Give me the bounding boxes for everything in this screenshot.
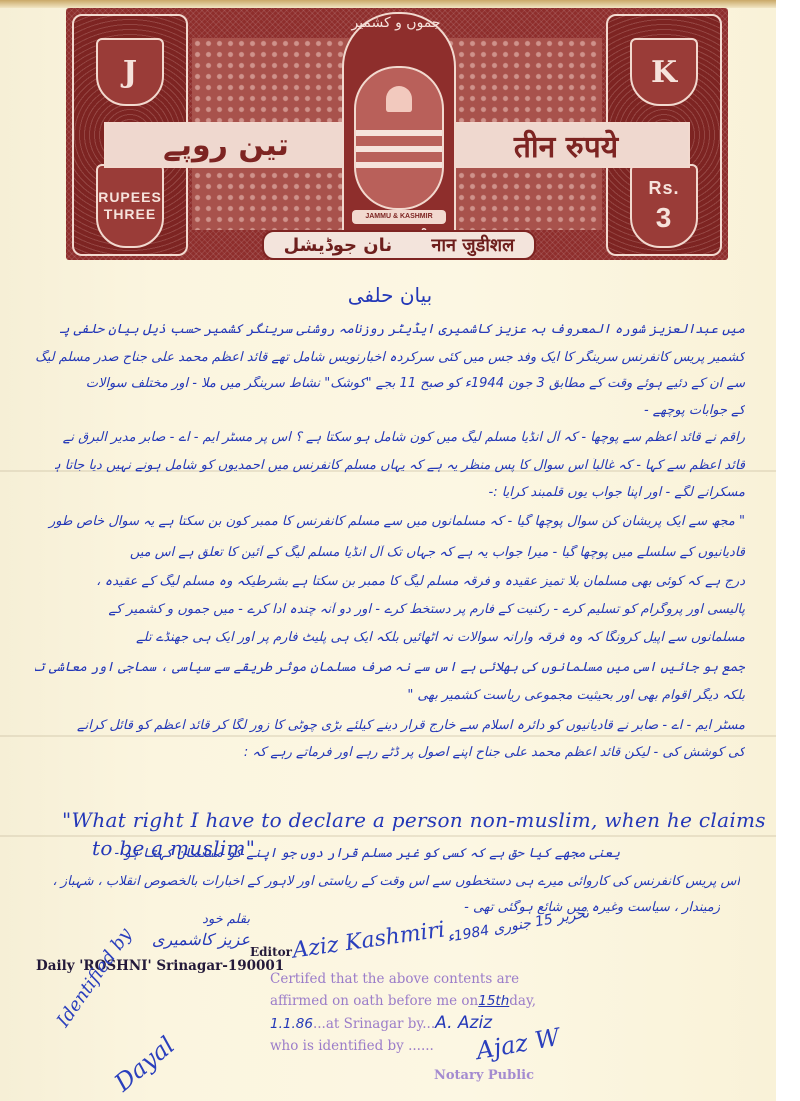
- rupees-three-shield: RUPEES THREE: [96, 164, 164, 248]
- affidavit-line: راقم نے قائد اعظم سے پوچھا - کہ آل انڈیا…: [60, 430, 745, 445]
- paper-top-edge: [0, 0, 776, 8]
- monogram-k-icon: K: [630, 38, 698, 106]
- notary-line-1: Certifed that the above contents are: [270, 968, 536, 990]
- identified-by-signature: Identified by: [53, 924, 136, 1031]
- affidavit-line: سے ان کے دئیے ہوئے وقت کے مطابق 3 جون 19…: [35, 376, 745, 391]
- affidavit-line: " مجھ سے ایک پریشان کن سوال پوچھا گیا - …: [45, 514, 745, 529]
- affidavit-line: کی کوشش کی - لیکن قائد اعظم محمد علی جنا…: [120, 745, 745, 760]
- emblem-shield: [354, 66, 444, 210]
- bqalam-khud: بقلم خود: [170, 912, 250, 927]
- emblem-ribbon: JAMMU & KASHMIR: [352, 210, 446, 224]
- affidavit-line: قائد اعظم سے کہا - کہ غالباً اس سوال کا …: [55, 458, 745, 473]
- notary-line-3: 1.1.86...at Srinagar by...A. Aziz: [270, 1012, 536, 1035]
- notary-date: 1.1.86: [270, 1016, 313, 1032]
- non-judicial-urdu: نان جوڈیشل: [284, 235, 393, 256]
- notary-line-2-suffix: day,: [509, 993, 536, 1009]
- signature-english: Aziz Kashmiri: [291, 917, 447, 963]
- affidavit-line: زمیندار ، سیاست وغیرہ میں شائع ہوگئی تھی…: [300, 900, 720, 915]
- affidavit-line: اس پریس کانفرنس کی کاروائی میرے ہی دستخط…: [20, 874, 740, 889]
- lotus-icon: [386, 86, 412, 112]
- editor-stamp-label: Editor: [250, 945, 292, 959]
- affidavit-line: قادیانیوں کے سلسلے میں پوچھا گیا - میرا …: [40, 545, 745, 560]
- non-judicial-label: نان جوڈیشل नान जुडीशल: [262, 230, 536, 260]
- affidavit-line: درج ہے کہ کوئی بھی مسلمان بلا تمیز عقیدہ…: [40, 574, 745, 589]
- non-judicial-hindi: नान जुडीशल: [431, 233, 514, 257]
- emblem-stripe: [356, 146, 442, 152]
- affidavit-line: یعنی مجھے کیا حق ہے کہ کسی کو غیر مسلم ق…: [100, 846, 620, 861]
- notary-line-2: affirmed on oath before me on15thday,: [270, 990, 536, 1012]
- identifier-signature: Dayal: [109, 1031, 180, 1097]
- affidavit-line: پالیسی اور پروگرام کو تسلیم کرے - رکنیت …: [40, 602, 745, 617]
- emblem-stripe: [356, 130, 442, 136]
- rs-label: Rs.: [648, 177, 679, 200]
- jk-emblem-icon: JAMMU & KASHMIR जम्मू व काश्मीर: [342, 12, 456, 254]
- notary-line-3-suffix: ...at Srinagar by...: [313, 1016, 435, 1032]
- denomination-hindi: तीन रुपये: [442, 122, 690, 168]
- affidavit-line: مسلمانوں سے اپیل کرونگا کہ وہ فرقہ واران…: [40, 630, 745, 645]
- notary-name: A. Aziz: [435, 1013, 492, 1033]
- rs-3-shield: Rs. 3: [630, 164, 698, 248]
- value-3: 3: [656, 200, 673, 235]
- rupees-label: RUPEES: [98, 189, 162, 207]
- three-label: THREE: [104, 206, 156, 224]
- stamp-top-arc-text: جموں و کشمیر: [306, 8, 486, 48]
- paper-fold: [0, 735, 776, 737]
- affidavit-title: بیان حلفی: [340, 283, 440, 307]
- notary-day: 15th: [478, 993, 509, 1009]
- stamp-paper-sheet: J RUPEES THREE K Rs. 3 تین روپے तीन रुपय…: [0, 0, 776, 1101]
- affidavit-line: کے جوابات پوچھے -: [560, 403, 745, 418]
- revenue-stamp: J RUPEES THREE K Rs. 3 تین روپے तीन रुपय…: [66, 8, 728, 260]
- monogram-j-icon: J: [96, 38, 164, 106]
- affidavit-line: کشمیر پریس کانفرنس سرینگر کا ایک وفد جس …: [35, 350, 745, 365]
- denomination-urdu: تین روپے: [104, 122, 348, 168]
- affidavit-line: میں عبدالعزیز شورہ المعروف بہ عزیز کاشمی…: [60, 322, 745, 337]
- notary-public-label: Notary Public: [434, 1068, 534, 1083]
- notary-line-2-prefix: affirmed on oath before me on: [270, 993, 478, 1009]
- emblem-stripe: [356, 162, 442, 168]
- affidavit-line: مسٹر ایم - اے - صابر نے قادیانیوں کو دائ…: [45, 718, 745, 733]
- affidavit-line: بلکہ دیگر اقوام بھی اور بحیثیت مجموعی ری…: [120, 688, 745, 703]
- signature-urdu: عزیز کاشمیری: [130, 930, 250, 949]
- affidavit-line: جمع ہو جائیں اسی میں مسلمانوں کی بھلائی …: [35, 660, 745, 675]
- editor-stamp-line: Daily 'ROSHNI' Srinagar-190001: [36, 958, 284, 974]
- affidavit-line: مسکرانے لگے - اور اپنا جواب یوں قلمبند ک…: [45, 485, 745, 500]
- english-quote-line-1: "What right I have to declare a person n…: [62, 808, 766, 832]
